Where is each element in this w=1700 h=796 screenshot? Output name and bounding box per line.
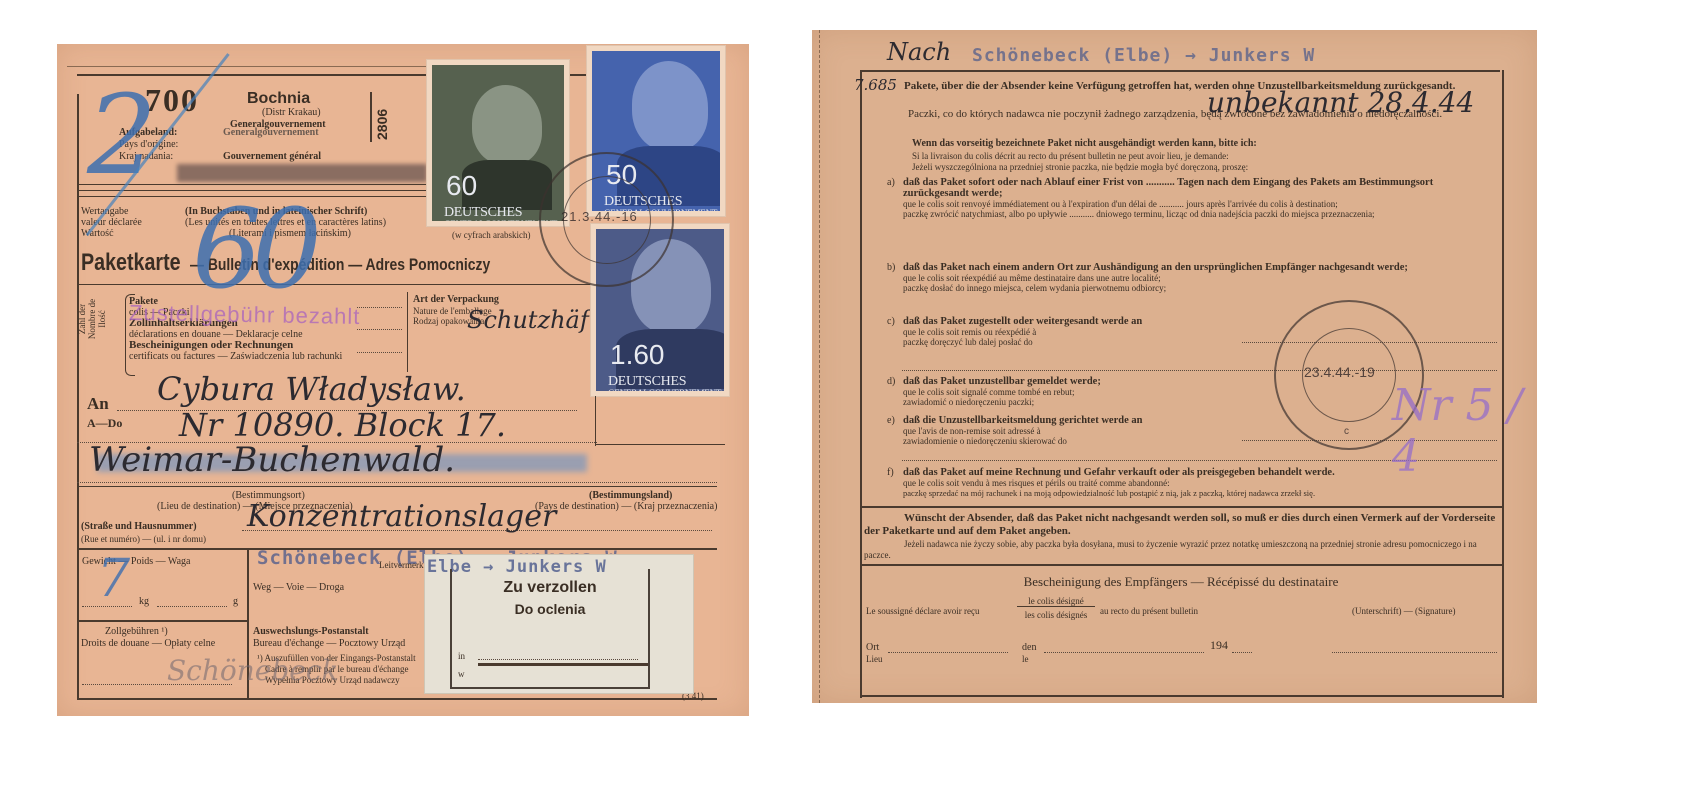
rule xyxy=(860,70,1500,72)
option-fr: que le colis soit signalé comme tombé en… xyxy=(903,387,1307,397)
option-d: d) daß das Paket unzustellbar gemeldet w… xyxy=(887,376,1307,407)
street-label-fr: (Rue et numéro) — (ul. i nr domu) xyxy=(81,534,206,544)
origin-office-name: Bochnia xyxy=(247,90,310,108)
option-key: e) xyxy=(887,415,895,426)
stamp-country: DEUTSCHES REICH xyxy=(608,374,716,396)
customs-label: Elbe → Junkers W Zu verzollen Do oclenia… xyxy=(424,554,694,694)
postmark-bochnia: 21.3.44.-16 xyxy=(539,152,674,287)
address-label-ado: A—Do xyxy=(87,416,122,431)
postmark-letter: c xyxy=(1344,426,1349,437)
declared-value-label-fr: valeur déclarée xyxy=(81,217,142,228)
year-field xyxy=(1232,652,1252,653)
hand-recipient: Cybura Władysław. xyxy=(157,370,466,408)
place-field xyxy=(888,652,1008,653)
routing-stamp-back: Schönebeck (Elbe) → Junkers W xyxy=(972,45,1315,66)
signature-label: (Unterschrift) — (Signature) xyxy=(1352,606,1455,616)
origin-country-fr: Gouvernement général xyxy=(223,151,321,162)
divider xyxy=(407,292,408,372)
option-key: a) xyxy=(887,177,895,188)
form-title: Paketkarte — Bulletin d'expédition — Adr… xyxy=(81,249,557,277)
notice-de: Wünscht der Absender, daß das Paket nich… xyxy=(864,512,1498,538)
customs-title: Zu verzollen xyxy=(452,579,648,597)
receipt-text-start: Le soussigné déclare avoir reçu xyxy=(866,606,979,616)
contents-line: Bescheinigungen oder Rechnungen xyxy=(129,340,342,351)
packaging-label-de: Art der Verpackung xyxy=(413,294,499,305)
dotted-field xyxy=(77,482,717,483)
option-pl: paczkę zwrócić natychmiast, albo po upły… xyxy=(903,209,1497,219)
tear-line xyxy=(67,66,427,67)
customs-in-label: in xyxy=(458,651,465,661)
hand-purple-note: Nr 5 / 4 xyxy=(1392,380,1537,482)
option-pl: paczkę sprzedać na mój rachunek i na moj… xyxy=(903,488,1499,498)
rule xyxy=(77,698,717,700)
stamp-value: 1.60 xyxy=(610,339,665,371)
stamp-region: GENERALGOUVERNEMENT xyxy=(608,388,716,396)
option-fr: que le colis soit réexpédié au même dest… xyxy=(903,273,1497,283)
option-pl: paczkę dosłać do innego miejsca, celem w… xyxy=(903,283,1497,293)
stamp-box-line xyxy=(595,396,596,446)
option-pl: zawiadomienie o niedoręczeniu skierować … xyxy=(903,436,1307,446)
hand-nach: Nach xyxy=(887,38,951,66)
hand-prisoner-number: Nr 10890. Block 17. xyxy=(179,406,506,444)
count-label-fr: Nombre de xyxy=(87,294,97,344)
option-fr: que l'avis de non-remise soit adressé à xyxy=(903,426,1307,436)
frame-left xyxy=(860,70,862,698)
weight-unit-g: g xyxy=(233,596,238,607)
dotted-field xyxy=(357,329,402,330)
routing-label: Leitvermerk xyxy=(379,560,423,570)
rule xyxy=(478,663,648,666)
parcel-card-back: Nach Schönebeck (Elbe) → Junkers W 7.685… xyxy=(812,30,1537,703)
option-e: e) daß die Unzustellbarkeitsmeldung geri… xyxy=(887,415,1307,446)
place-label-fr: Lieu xyxy=(866,654,883,664)
option-key: d) xyxy=(887,376,895,387)
destination-country-label-de: (Bestimmungsland) xyxy=(589,490,672,501)
count-label-pl: Ilość xyxy=(97,294,107,344)
dotted-field xyxy=(357,307,402,308)
receipt-fraction-bottom: les colis désignés xyxy=(1017,610,1095,620)
hand-street: Konzentrationslager xyxy=(247,499,556,534)
perforation xyxy=(812,30,820,703)
count-label: Zahl der Nombre de Ilość xyxy=(77,294,107,344)
notice-pl: Jeżeli nadawca nie życzy sobie, aby pacz… xyxy=(864,539,1498,561)
hand-destination: Weimar-Buchenwald. xyxy=(89,440,455,480)
option-key: c) xyxy=(887,316,895,327)
hand-declared-value: 60 xyxy=(192,194,312,304)
address-label-an: An xyxy=(87,394,109,414)
destination-country-label-fr: (Pays de destination) — (Kraj przeznacze… xyxy=(535,501,717,512)
customs-subtitle: Do oclenia xyxy=(452,601,648,617)
count-label-de: Zahl der xyxy=(77,294,87,344)
exchange-office-label-fr: Bureau d'échange — Pocztowy Urząd xyxy=(253,638,405,649)
customs-box: Zu verzollen Do oclenia in w xyxy=(450,569,650,689)
date-label: den xyxy=(1022,642,1036,653)
hand-number: 7.685 xyxy=(854,76,897,94)
option-a: a) daß das Paket sofort oder nach Ablauf… xyxy=(887,177,1497,219)
year-prefix: 194 xyxy=(1210,640,1228,651)
weight-unit-kg: kg xyxy=(139,596,149,607)
stamp-value: 60 xyxy=(446,170,477,202)
declared-value-digits: (w cyfrach arabskich) xyxy=(452,230,530,240)
request-fr: Si la livraison du colis décrit au recto… xyxy=(912,151,1229,161)
date-label-fr: le xyxy=(1022,654,1029,664)
customs-w-label: w xyxy=(458,669,465,679)
receipt-title: Bescheinigung des Empfängers — Récépissé… xyxy=(860,574,1502,590)
dotted-field xyxy=(357,352,402,353)
signature-field xyxy=(1332,652,1497,653)
customs-in-field xyxy=(478,659,638,660)
rule xyxy=(77,486,717,487)
option-b: b) daß das Paket nach einem andern Ort z… xyxy=(887,262,1497,293)
way-label: Weg — Voie — Droga xyxy=(253,582,344,593)
rule xyxy=(860,506,1502,508)
serial-number: 2806 xyxy=(374,109,390,140)
stamp-box-line xyxy=(595,444,725,445)
street-label-de: (Straße und Hausnummer) xyxy=(81,521,197,532)
request-pl: Jeżeli wyszczególniona na przedniej stro… xyxy=(912,162,1248,172)
serial-divider xyxy=(370,92,372,142)
rule xyxy=(77,284,597,285)
option-key: f) xyxy=(887,467,894,478)
postmark-date: 23.4.44.-19 xyxy=(1304,364,1375,380)
portrait xyxy=(472,85,542,165)
rule xyxy=(860,564,1502,566)
place-label: Ort xyxy=(866,642,879,653)
date-field xyxy=(1044,652,1204,653)
exchange-office-label-de: Auswechslungs-Postanstalt xyxy=(253,626,369,637)
frame-bottom xyxy=(860,695,1504,697)
receipt-text-end: au recto du présent bulletin xyxy=(1100,606,1198,616)
origin-office-district: (Distr Krakau) xyxy=(262,107,321,118)
hand-weight-mark: 7 xyxy=(97,549,130,609)
rule xyxy=(77,620,249,622)
option-de: daß die Unzustellbarkeitsmeldung gericht… xyxy=(903,415,1307,426)
option-de: daß das Paket unzustellbar gemeldet werd… xyxy=(903,376,1307,387)
hand-note: unbekannt 28.4.44 xyxy=(1207,86,1474,119)
obliterated-text xyxy=(177,164,427,182)
parcel-card-front: 700 Bochnia (Distr Krakau) Generalgouver… xyxy=(57,44,749,716)
origin-country-de: Generalgouvernement xyxy=(223,127,319,138)
postmark-date: 21.3.44.-16 xyxy=(561,209,638,224)
receipt-fraction-top: le colis désigné xyxy=(1017,596,1095,607)
customs-fees-label-fr: Droits de douane — Opłaty celne xyxy=(81,638,215,649)
hand-left-numeral: 2 xyxy=(87,80,157,190)
request-de: Wenn das vorseitig bezeichnete Paket nic… xyxy=(912,138,1257,149)
option-de: daß das Paket nach einem andern Ort zur … xyxy=(903,262,1497,273)
portrait xyxy=(632,61,708,151)
hand-pencil-bottom: Schönebeck xyxy=(167,654,339,687)
contents-line: certificats ou factures — Zaświadczenia … xyxy=(129,351,342,362)
option-key: b) xyxy=(887,262,895,273)
form-title-main: Paketkarte xyxy=(81,249,181,277)
customs-fees-label-de: Zollgebühren ¹) xyxy=(105,626,168,637)
option-de: daß das Paket zugestellt oder weitergesa… xyxy=(903,316,1307,327)
option-fr: que le colis soit renvoyé immédiatement … xyxy=(903,199,1497,209)
option-de: daß das Paket sofort oder nach Ablauf ei… xyxy=(903,177,1497,199)
dotted-field xyxy=(157,606,227,607)
option-pl: zawiadomić o niedoręczeniu paczki; xyxy=(903,397,1307,407)
option-fr: que le colis soit remis ou réexpédié à xyxy=(903,327,1307,337)
